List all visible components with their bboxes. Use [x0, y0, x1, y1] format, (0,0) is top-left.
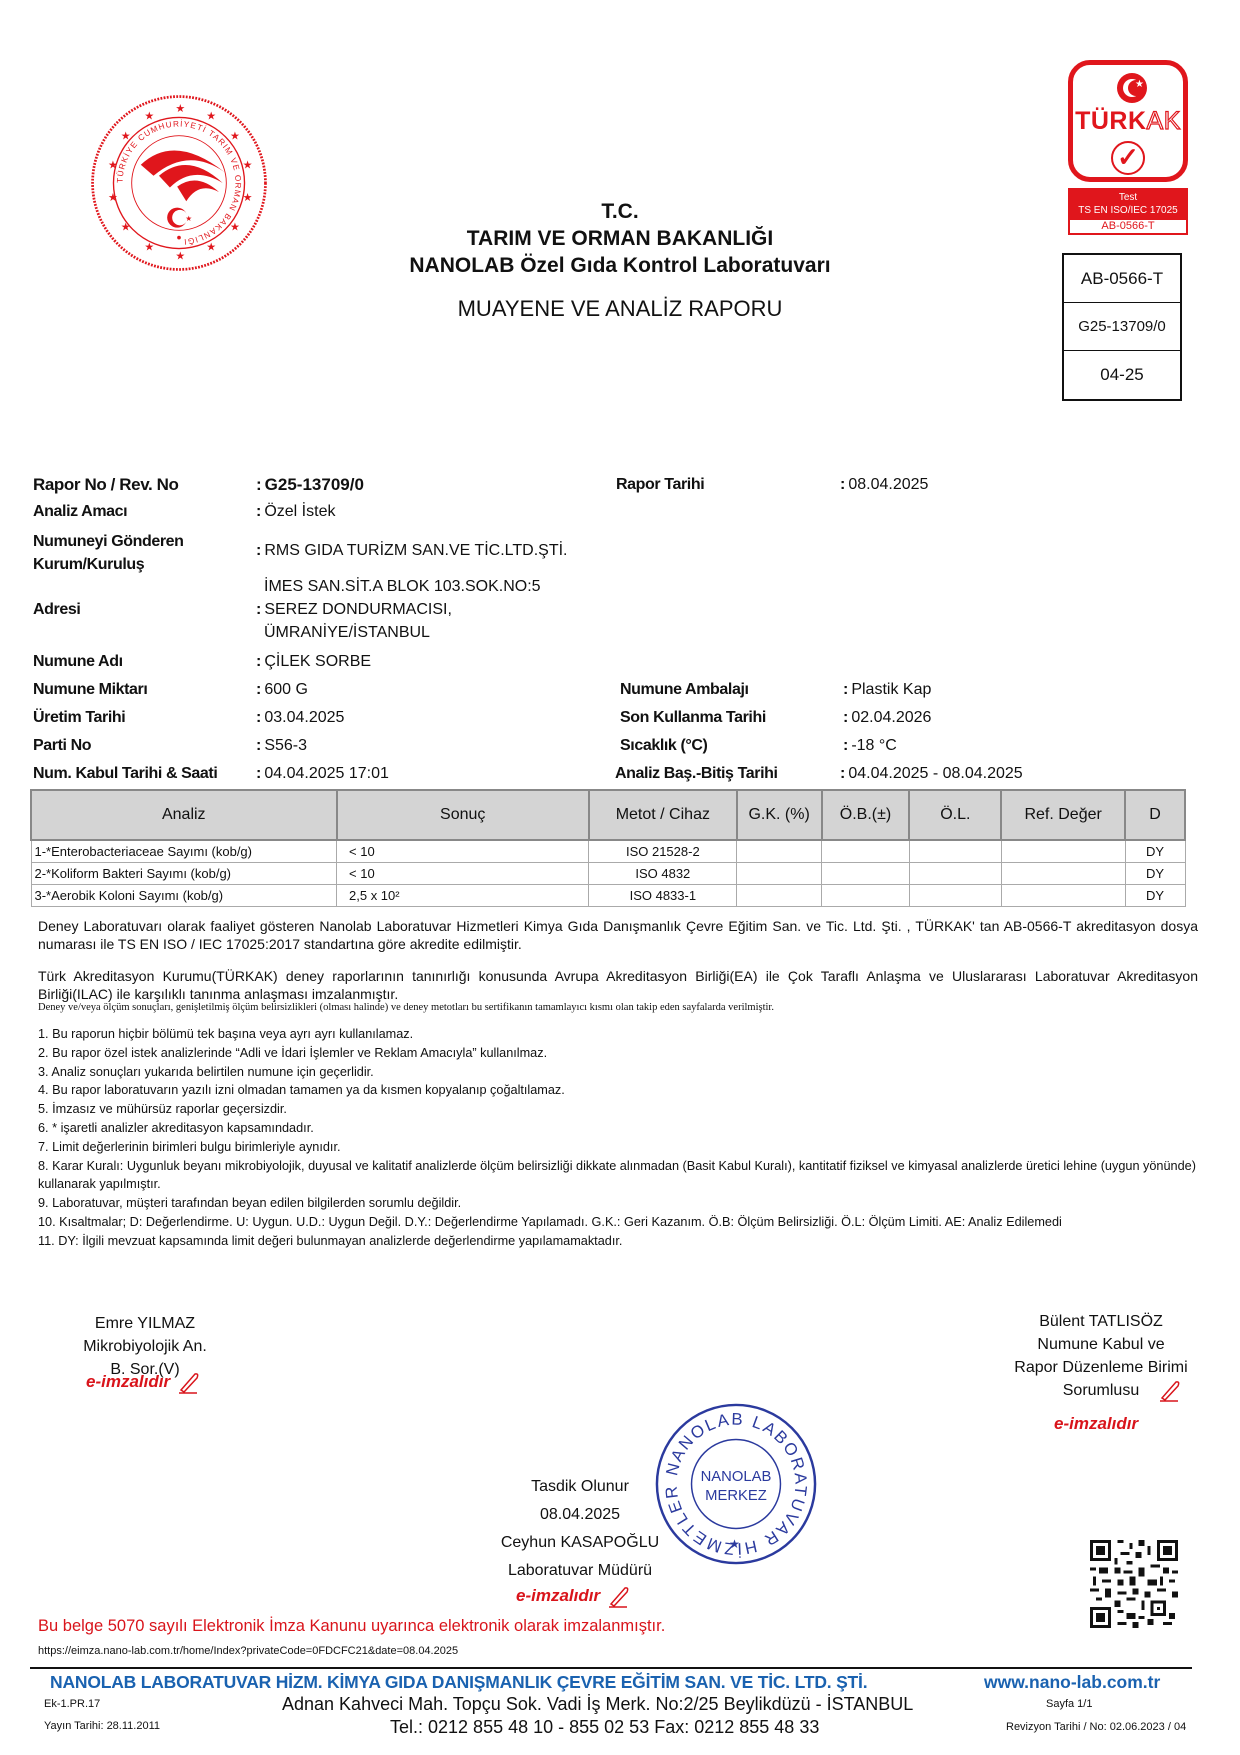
header-line-ministry: TARIM VE ORMAN BAKANLIĞI	[300, 225, 940, 252]
svg-text:★: ★	[206, 241, 216, 253]
label-sender: Numuneyi Gönderen Kurum/Kuruluş	[33, 530, 184, 576]
footer-website-link[interactable]: www.nano-lab.com.tr	[984, 1672, 1160, 1693]
cell-analysis: 2-*Koliform Bakteri Sayımı (kob/g)	[31, 862, 337, 884]
value-expiry-date: :02.04.2026	[843, 709, 931, 727]
svg-text:★: ★	[206, 110, 216, 122]
label-batch-no: Parti No	[33, 737, 91, 755]
rule-item: 3. Analiz sonuçları yukarıda belirtilen …	[38, 1063, 1198, 1082]
svg-text:★: ★	[175, 250, 185, 262]
footer-address: Adnan Kahveci Mah. Topçu Sok. Vadi İş Me…	[282, 1694, 913, 1715]
value-temperature: :-18 °C	[843, 737, 897, 755]
label-packaging: Numune Ambalajı	[620, 681, 749, 699]
value-address-line3: ÜMRANİYE/İSTANBUL	[264, 624, 430, 642]
footer-phone-fax: Tel.: 0212 855 48 10 - 855 02 53 Fax: 02…	[390, 1717, 819, 1738]
table-header-row: Analiz Sonuç Metot / Cihaz G.K. (%) Ö.B.…	[31, 790, 1185, 840]
pen-icon	[605, 1584, 631, 1610]
svg-text:NANOLAB: NANOLAB	[701, 1469, 772, 1485]
svg-text:TÜRKİYE CUMHURİYETİ TARIM VE O: TÜRKİYE CUMHURİYETİ TARIM VE ORMAN BAKAN…	[115, 119, 243, 247]
company-stamp: NANOLAB LABORATUVAR HİZMETLERİ NANOLAB M…	[652, 1400, 820, 1568]
cell-evaluation: DY	[1125, 862, 1185, 884]
svg-text:★: ★	[230, 221, 240, 233]
svg-text:★: ★	[243, 192, 253, 204]
label-production-date: Üretim Tarihi	[33, 709, 125, 727]
label-expiry-date: Son Kullanma Tarihi	[620, 709, 766, 727]
turkak-wordmark: TÜRKAK	[1073, 107, 1183, 136]
cell-method: ISO 21528-2	[589, 840, 737, 862]
cell-recovery	[737, 884, 822, 906]
value-sample-qty: :600 G	[256, 681, 308, 699]
rule-item: 9. Laboratuvar, müşteri tarafından beyan…	[38, 1194, 1198, 1213]
star-icon: ★	[1135, 79, 1144, 90]
table-row: 2-*Koliform Bakteri Sayımı (kob/g) < 10 …	[31, 862, 1185, 884]
signer-title: Laboratuvar Müdürü	[490, 1557, 670, 1585]
value-accept-datetime: :04.04.2025 17:01	[256, 765, 389, 783]
svg-text:★: ★	[121, 130, 131, 142]
value-purpose: :Özel İstek	[256, 503, 335, 521]
col-header-limit: Ö.L.	[909, 790, 1001, 840]
rule-item: 5. İmzasız ve mühürsüz raporlar geçersiz…	[38, 1100, 1198, 1119]
col-header-evaluation: D	[1125, 790, 1185, 840]
label-purpose: Analiz Amacı	[33, 503, 127, 521]
label-temperature: Sıcaklık (°C)	[620, 737, 707, 755]
approval-label: Tasdik Olunur	[490, 1473, 670, 1501]
header-line-lab: NANOLAB Özel Gıda Kontrol Laboratuvarı	[300, 252, 940, 279]
value-report-no: :G25-13709/0	[256, 475, 364, 495]
col-header-ref-value: Ref. Değer	[1001, 790, 1125, 840]
cell-limit	[909, 840, 1001, 862]
value-sender: :RMS GIDA TURİZM SAN.VE TİC.LTD.ŞTİ.	[256, 542, 567, 560]
value-production-date: :03.04.2025	[256, 709, 344, 727]
svg-text:★: ★	[185, 214, 192, 223]
col-header-method: Metot / Cihaz	[589, 790, 737, 840]
svg-text:MERKEZ: MERKEZ	[705, 1488, 767, 1504]
cell-result: < 10	[337, 840, 589, 862]
cell-limit	[909, 884, 1001, 906]
cell-recovery	[737, 862, 822, 884]
col-header-recovery: G.K. (%)	[737, 790, 822, 840]
cell-method: ISO 4832	[589, 862, 737, 884]
pen-icon	[1156, 1378, 1182, 1404]
cell-limit	[909, 862, 1001, 884]
value-sample-name: :ÇİLEK SORBE	[256, 653, 371, 671]
cell-result: 2,5 x 10²	[337, 884, 589, 906]
rule-item: 4. Bu rapor laboratuvarın yazılı izni ol…	[38, 1081, 1198, 1100]
signer-title: Mikrobiyolojik An.	[50, 1335, 240, 1358]
value-address-line2: :SEREZ DONDURMACISI,	[256, 601, 452, 619]
turkak-accreditation-logo: ★ TÜRKAK ✓ Test TS EN ISO/IEC 17025 AB-0…	[1068, 60, 1188, 235]
rule-item: 6. * işaretli analizler akreditasyon kap…	[38, 1119, 1198, 1138]
cell-ref-value	[1001, 862, 1125, 884]
value-report-date: :08.04.2025	[840, 476, 928, 494]
verification-link[interactable]: https://eimza.nano-lab.com.tr/home/Index…	[38, 1645, 458, 1657]
ref-month-year: 04-25	[1064, 351, 1180, 399]
table-row: 3-*Aerobik Koloni Sayımı (kob/g) 2,5 x 1…	[31, 884, 1185, 906]
svg-text:★: ★	[121, 221, 131, 233]
label-analysis-period: Analiz Baş.-Bitiş Tarihi	[615, 765, 778, 783]
label-address: Adresi	[33, 601, 80, 619]
signer-name: Emre YILMAZ	[50, 1312, 240, 1335]
svg-text:★: ★	[108, 159, 118, 171]
value-packaging: :Plastik Kap	[843, 681, 931, 699]
cell-uncertainty	[822, 840, 910, 862]
electronic-signature-notice: Bu belge 5070 sayılı Elektronik İmza Kan…	[38, 1617, 665, 1636]
label-report-no: Rapor No / Rev. No	[33, 475, 179, 495]
value-batch-no: :S56-3	[256, 737, 307, 755]
approval-date: 08.04.2025	[490, 1501, 670, 1529]
report-rules-list: 1. Bu raporun hiçbir bölümü tek başına v…	[38, 1025, 1198, 1251]
rule-item: 10. Kısaltmalar; D: Değerlendirme. U: Uy…	[38, 1213, 1198, 1232]
footer-publish-date: Yayın Tarihi: 28.11.2011	[44, 1720, 160, 1732]
cell-ref-value	[1001, 884, 1125, 906]
esign-badge-right: e-imzalıdır	[1054, 1414, 1138, 1434]
col-header-uncertainty: Ö.B.(±)	[822, 790, 910, 840]
svg-text:★: ★	[108, 192, 118, 204]
verification-qr-code[interactable]	[1090, 1540, 1178, 1628]
signer-name: Bülent TATLISÖZ	[1006, 1310, 1196, 1333]
rule-item: 11. DY: İlgili mevzuat kapsamında limit …	[38, 1232, 1198, 1251]
cell-evaluation: DY	[1125, 840, 1185, 862]
svg-text:★: ★	[230, 130, 240, 142]
signer-title: Numune Kabul ve	[1006, 1333, 1196, 1356]
cell-method: ISO 4833-1	[589, 884, 737, 906]
rule-item: 1. Bu raporun hiçbir bölümü tek başına v…	[38, 1025, 1198, 1044]
turkak-standard-band: Test TS EN ISO/IEC 17025	[1068, 188, 1188, 220]
signature-center: Tasdik Olunur 08.04.2025 Ceyhun KASAPOĞL…	[490, 1473, 670, 1585]
col-header-analysis: Analiz	[31, 790, 337, 840]
value-analysis-period: :04.04.2025 - 08.04.2025	[840, 765, 1023, 783]
label-sample-qty: Numune Miktarı	[33, 681, 147, 699]
checkmark-icon: ✓	[1111, 141, 1145, 175]
svg-text:★: ★	[729, 1537, 740, 1551]
svg-text:★: ★	[175, 103, 185, 115]
header-title-block: T.C. TARIM VE ORMAN BAKANLIĞI NANOLAB Öz…	[300, 198, 940, 279]
report-title: MUAYENE VE ANALİZ RAPORU	[300, 296, 940, 322]
cell-ref-value	[1001, 840, 1125, 862]
cell-analysis: 1-*Enterobacteriaceae Sayımı (kob/g)	[31, 840, 337, 862]
turkak-frame: ★ TÜRKAK ✓	[1068, 60, 1188, 182]
turkak-accreditation-code: AB-0566-T	[1068, 220, 1188, 235]
footer-revision: Revizyon Tarihi / No: 02.06.2023 / 04	[1006, 1721, 1186, 1733]
svg-text:★: ★	[144, 241, 154, 253]
analysis-results-table: Analiz Sonuç Metot / Cihaz G.K. (%) Ö.B.…	[30, 789, 1186, 907]
accreditation-statement: Deney Laboratuvarı olarak faaliyet göste…	[38, 917, 1198, 953]
ref-accreditation-no: AB-0566-T	[1064, 255, 1180, 303]
rule-item: 8. Karar Kuralı: Uygunluk beyanı mikrobi…	[38, 1157, 1198, 1195]
cell-recovery	[737, 840, 822, 862]
signer-name: Ceyhun KASAPOĞLU	[490, 1529, 670, 1557]
label-sample-name: Numune Adı	[33, 653, 123, 671]
label-accept-datetime: Num. Kabul Tarihi & Saati	[33, 765, 217, 783]
reference-box: AB-0566-T G25-13709/0 04-25	[1062, 253, 1182, 401]
value-address-line1: İMES SAN.SİT.A BLOK 103.SOK.NO:5	[264, 578, 541, 596]
signer-title: Rapor Düzenleme Birimi	[1006, 1356, 1196, 1379]
rule-item: 7. Limit değerlerinin birimleri bulgu bi…	[38, 1138, 1198, 1157]
esign-badge-center: e-imzalıdır	[516, 1584, 631, 1610]
footer-company-name: NANOLAB LABORATUVAR HİZM. KİMYA GIDA DAN…	[50, 1672, 867, 1693]
rule-item: 2. Bu rapor özel istek analizlerinde “Ad…	[38, 1044, 1198, 1063]
cell-analysis: 3-*Aerobik Koloni Sayımı (kob/g)	[31, 884, 337, 906]
footer-divider	[30, 1667, 1192, 1669]
col-header-result: Sonuç	[337, 790, 589, 840]
ref-report-no: G25-13709/0	[1064, 303, 1180, 351]
ministry-seal-logo: ★★★★ ★★★★ ★★★★ ★★ TÜRKİYE CUMHURİYETİ TA…	[88, 92, 270, 274]
cell-uncertainty	[822, 884, 910, 906]
esign-badge-left: e-imzalıdır	[86, 1370, 201, 1396]
cell-uncertainty	[822, 862, 910, 884]
uncertainty-statement: Deney ve/veya ölçüm sonuçları, genişleti…	[38, 1002, 774, 1013]
table-row: 1-*Enterobacteriaceae Sayımı (kob/g) < 1…	[31, 840, 1185, 862]
svg-text:★: ★	[243, 159, 253, 171]
cell-evaluation: DY	[1125, 884, 1185, 906]
svg-text:★: ★	[144, 110, 154, 122]
footer-page-number: Sayfa 1/1	[1046, 1698, 1092, 1710]
footer-document-no: Ek-1.PR.17	[44, 1698, 100, 1710]
cell-result: < 10	[337, 862, 589, 884]
header-line-tc: T.C.	[300, 198, 940, 225]
pen-icon	[175, 1370, 201, 1396]
recognition-statement: Türk Akreditasyon Kurumu(TÜRKAK) deney r…	[38, 967, 1198, 1003]
label-report-date: Rapor Tarihi	[616, 476, 704, 494]
